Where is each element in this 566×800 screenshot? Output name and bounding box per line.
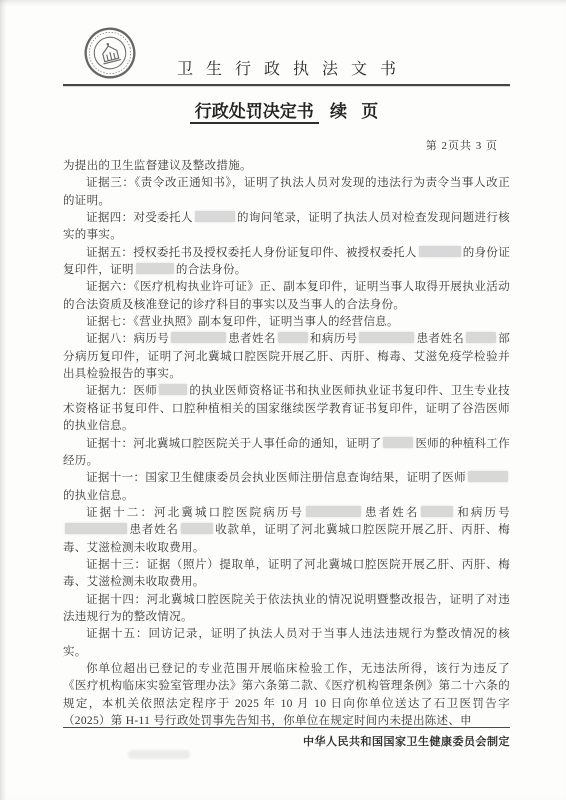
redaction-block bbox=[419, 246, 461, 257]
redaction-block bbox=[136, 263, 174, 274]
redaction-block bbox=[466, 332, 496, 343]
redaction-block bbox=[181, 523, 213, 534]
body-paragraph: 证据六：《医疗机构执业许可证》正、副本复印件，证明当事人取得开展执业活动的合法资… bbox=[63, 279, 510, 314]
scan-smudge bbox=[128, 750, 190, 759]
body-paragraph: 证据七：《营业执照》副本复印件，证明当事人的经营信息。 bbox=[63, 314, 510, 331]
header-divider bbox=[63, 84, 510, 86]
body-paragraph: 证据八：病历号患者姓名和病历号患者姓名部分病历复印件，证明了河北冀城口腔医院开展… bbox=[63, 331, 510, 383]
page-title-main: 行政处罚决定书 bbox=[190, 102, 319, 124]
redaction-block bbox=[278, 332, 308, 343]
document-body: 为提出的卫生监督建议及整改措施。证据三：《责令改正通知书》，证明了执法人员对发现… bbox=[63, 158, 510, 736]
body-paragraph: 证据四：对受委托人的询问笔录，证明了执法人员对检查发现问题进行核实的事实。 bbox=[63, 210, 510, 245]
page-title: 行政处罚决定书 续 页 bbox=[63, 97, 510, 122]
body-paragraph: 证据十五：回访记录，证明了执法人员对于当事人违法违规行为整改情况的核实。 bbox=[63, 626, 510, 661]
body-paragraph: 证据十一：国家卫生健康委员会执业医师注册信息查询结果，证明了医师的执业信息。 bbox=[63, 470, 510, 505]
redaction-block bbox=[383, 437, 413, 448]
page-number: 第 2页共 3 页 bbox=[63, 137, 510, 153]
body-paragraph: 证据三：《责令改正通知书》，证明了执法人员对发现的违法行为责令当事人改正的证明。 bbox=[63, 175, 510, 210]
document-header: 卫生行政执法文书 行政处罚决定书 续 页 第 2页共 3 页 bbox=[0, 0, 566, 153]
redaction-block bbox=[359, 332, 414, 343]
body-paragraph: 你单位超出已登记的专业范围开展临床检验工作，无违法所得，该行为违反了《医疗机构临… bbox=[63, 661, 510, 730]
scanned-document-page: 卫生行政执法文书 行政处罚决定书 续 页 第 2页共 3 页 为提出的卫生监督建… bbox=[0, 0, 566, 800]
redaction-block bbox=[159, 384, 187, 395]
page-title-suffix: 续 页 bbox=[330, 102, 383, 121]
body-paragraph: 证据十：河北冀城口腔医院关于人事任命的通知，证明了医师的种植科工作经历。 bbox=[63, 436, 510, 471]
redaction-block bbox=[306, 506, 361, 517]
redaction-block bbox=[65, 523, 127, 534]
redaction-block bbox=[195, 211, 235, 222]
body-paragraph: 证据十二：河北冀城口腔医院病历号患者姓名和病历号患者姓名收款单，证明了河北冀城口… bbox=[63, 505, 510, 557]
body-paragraph: 证据十四：河北冀城口腔医院关于依法执业的情况说明暨整改报告，证明了对违法违规行为… bbox=[63, 592, 510, 627]
body-paragraph: 为提出的卫生监督建议及整改措施。 bbox=[63, 158, 510, 175]
redaction-block bbox=[171, 332, 226, 343]
body-paragraph: 证据五：授权委托书及授权委托人身份证复印件、被授权委托人的身份证复印件，证明的合… bbox=[63, 245, 510, 280]
document-footer: 中华人民共和国国家卫生健康委员会制定 bbox=[63, 727, 510, 749]
redaction-block bbox=[421, 506, 453, 517]
redaction-block bbox=[468, 471, 508, 482]
body-paragraph: 证据十三：证据（照片）提取单，证明了河北冀城口腔医院开展乙肝、丙肝、梅毒、艾滋检… bbox=[63, 557, 510, 592]
body-paragraph: 证据九：医师的执业医师资格证书和执业医师执业证书复印件、卫生专业技术资格证书复印… bbox=[63, 383, 510, 435]
